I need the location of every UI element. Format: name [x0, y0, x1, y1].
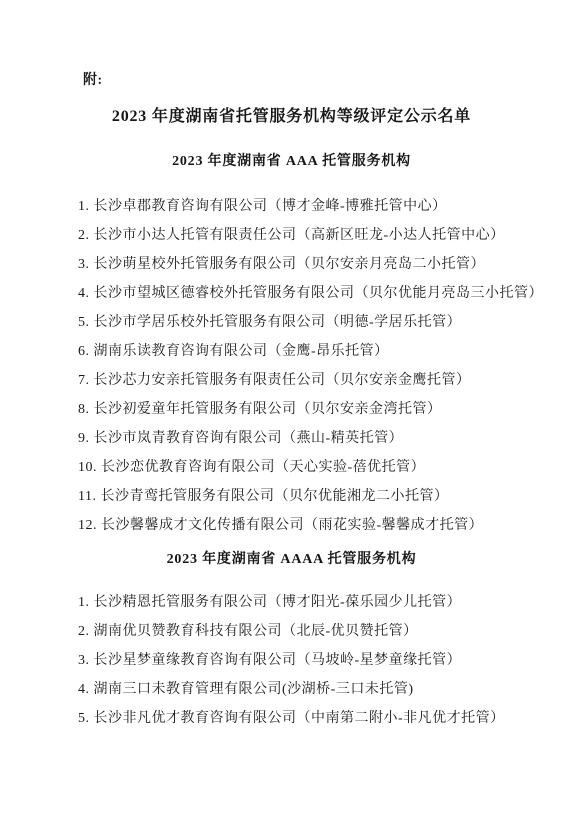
item-number: 4. — [78, 682, 90, 697]
item-organization-name: 湖南优贝赞教育科技有限公司（北辰-优贝赞托管） — [94, 624, 418, 639]
item-number: 5. — [78, 711, 90, 726]
item-number: 12. — [78, 518, 97, 533]
item-organization-name: 长沙市小达人托管有限责任公司（高新区旺龙-小达人托管中心） — [94, 228, 505, 243]
item-organization-name: 长沙馨馨成才文化传播有限公司（雨花实验-馨馨成才托管） — [101, 518, 483, 533]
item-number: 1. — [78, 595, 90, 610]
item-organization-name: 长沙芯力安亲托管服务有限责任公司（贝尔安亲金鹰托管） — [94, 373, 471, 388]
section-block: 2023 年度湖南省 AAAA 托管服务机构1.长沙精恩托管服务有限公司（博才阳… — [0, 550, 583, 733]
item-organization-name: 长沙非凡优才教育咨询有限公司（中南第二附小-非凡优才托管） — [94, 711, 505, 726]
list-item: 4.湖南三口未教育管理有限公司(沙湖桥-三口未托管) — [78, 675, 550, 704]
item-organization-name: 长沙萌星校外托管服务有限公司（贝尔安亲月亮岛二小托管） — [94, 257, 486, 272]
item-organization-name: 湖南乐读教育咨询有限公司（金鹰-昂乐托管） — [94, 344, 389, 359]
item-organization-name: 长沙市望城区德睿校外托管服务有限公司（贝尔优能月亮岛三小托管） — [94, 286, 544, 301]
list-item: 12.长沙馨馨成才文化传播有限公司（雨花实验-馨馨成才托管） — [78, 511, 550, 540]
organization-list: 1.长沙精恩托管服务有限公司（博才阳光-葆乐园少儿托管）2.湖南优贝赞教育科技有… — [78, 588, 550, 733]
section-heading: 2023 年度湖南省 AAA 托管服务机构 — [40, 152, 543, 172]
item-number: 11. — [78, 489, 96, 504]
document-page: 附: 2023 年度湖南省托管服务机构等级评定公示名单 2023 年度湖南省 A… — [0, 0, 583, 829]
list-item: 4.长沙市望城区德睿校外托管服务有限公司（贝尔优能月亮岛三小托管） — [78, 279, 550, 308]
list-item: 5.长沙非凡优才教育咨询有限公司（中南第二附小-非凡优才托管） — [78, 704, 550, 733]
sections-container: 2023 年度湖南省 AAA 托管服务机构1.长沙卓郡教育咨询有限公司（博才金峰… — [0, 152, 583, 733]
item-number: 6. — [78, 344, 90, 359]
item-organization-name: 长沙青鸾托管服务有限公司（贝尔优能湘龙二小托管） — [100, 489, 448, 504]
item-organization-name: 长沙市岚青教育咨询有限公司（燕山-精英托管） — [94, 431, 404, 446]
item-number: 3. — [78, 653, 90, 668]
attachment-label: 附: — [83, 72, 583, 90]
item-organization-name: 长沙精恩托管服务有限公司（博才阳光-葆乐园少儿托管） — [94, 595, 462, 610]
item-number: 2. — [78, 228, 90, 243]
item-number: 1. — [78, 199, 90, 214]
item-number: 4. — [78, 286, 90, 301]
item-number: 7. — [78, 373, 90, 388]
list-item: 9.长沙市岚青教育咨询有限公司（燕山-精英托管） — [78, 424, 550, 453]
item-organization-name: 长沙初爱童年托管服务有限公司（贝尔安亲金湾托管） — [94, 402, 442, 417]
section-heading: 2023 年度湖南省 AAAA 托管服务机构 — [40, 550, 543, 570]
list-item: 10.长沙恋优教育咨询有限公司（天心实验-蓓优托管） — [78, 453, 550, 482]
list-item: 2.长沙市小达人托管有限责任公司（高新区旺龙-小达人托管中心） — [78, 221, 550, 250]
list-item: 8.长沙初爱童年托管服务有限公司（贝尔安亲金湾托管） — [78, 395, 550, 424]
list-item: 11.长沙青鸾托管服务有限公司（贝尔优能湘龙二小托管） — [78, 482, 550, 511]
item-number: 3. — [78, 257, 90, 272]
section-block: 2023 年度湖南省 AAA 托管服务机构1.长沙卓郡教育咨询有限公司（博才金峰… — [0, 152, 583, 540]
list-item: 1.长沙卓郡教育咨询有限公司（博才金峰-博雅托管中心） — [78, 192, 550, 221]
item-organization-name: 长沙卓郡教育咨询有限公司（博才金峰-博雅托管中心） — [94, 199, 447, 214]
item-number: 10. — [78, 460, 97, 475]
list-item: 3.长沙萌星校外托管服务有限公司（贝尔安亲月亮岛二小托管） — [78, 250, 550, 279]
item-number: 2. — [78, 624, 90, 639]
list-item: 2.湖南优贝赞教育科技有限公司（北辰-优贝赞托管） — [78, 617, 550, 646]
item-number: 9. — [78, 431, 90, 446]
item-organization-name: 长沙恋优教育咨询有限公司（天心实验-蓓优托管） — [101, 460, 425, 475]
item-number: 8. — [78, 402, 90, 417]
item-organization-name: 湖南三口未教育管理有限公司(沙湖桥-三口未托管) — [94, 682, 414, 697]
list-item: 1.长沙精恩托管服务有限公司（博才阳光-葆乐园少儿托管） — [78, 588, 550, 617]
item-organization-name: 长沙市学居乐校外托管服务有限公司（明德-学居乐托管） — [94, 315, 462, 330]
item-number: 5. — [78, 315, 90, 330]
list-item: 3.长沙星梦童缘教育咨询有限公司（马坡岭-星梦童缘托管） — [78, 646, 550, 675]
document-title: 2023 年度湖南省托管服务机构等级评定公示名单 — [30, 106, 553, 128]
list-item: 5.长沙市学居乐校外托管服务有限公司（明德-学居乐托管） — [78, 308, 550, 337]
list-item: 6.湖南乐读教育咨询有限公司（金鹰-昂乐托管） — [78, 337, 550, 366]
list-item: 7.长沙芯力安亲托管服务有限责任公司（贝尔安亲金鹰托管） — [78, 366, 550, 395]
item-organization-name: 长沙星梦童缘教育咨询有限公司（马坡岭-星梦童缘托管） — [94, 653, 462, 668]
organization-list: 1.长沙卓郡教育咨询有限公司（博才金峰-博雅托管中心）2.长沙市小达人托管有限责… — [78, 192, 550, 540]
